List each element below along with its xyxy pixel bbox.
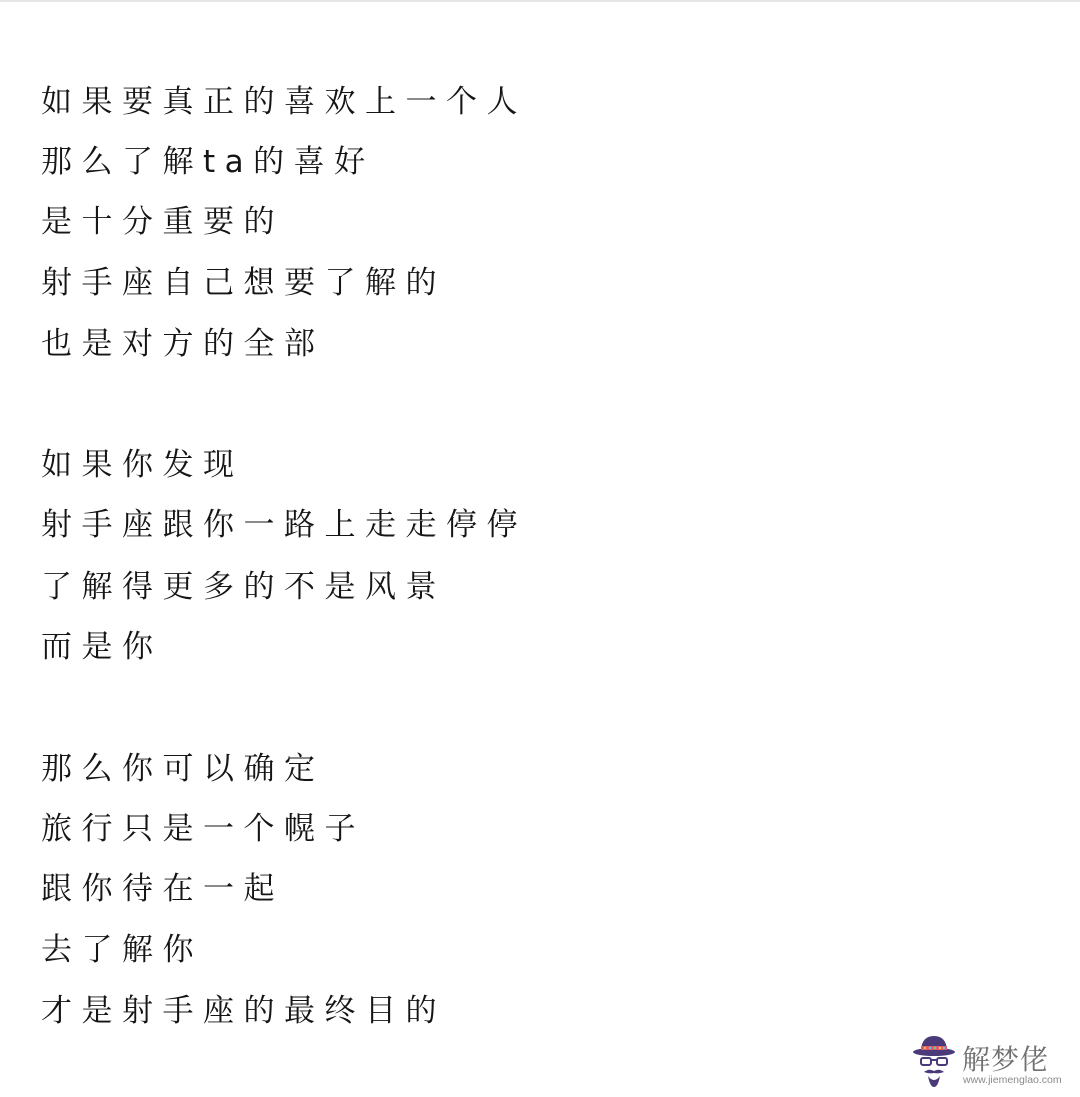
hat-glasses-beard-icon: [910, 1032, 962, 1090]
poem-line: 而是你: [41, 629, 163, 665]
poem-line: 是十分重要的: [41, 204, 284, 240]
watermark-url: www.jiemenglao.com: [963, 1074, 1062, 1086]
poem-line: 那么了解ta的喜好: [41, 144, 375, 180]
watermark: 解梦佬 www.jiemenglao.com: [910, 1032, 1075, 1090]
poem-line: 才是射手座的最终目的: [41, 993, 446, 1029]
poem-line: 如果你发现: [41, 447, 244, 483]
poem-line: 去了解你: [41, 932, 203, 968]
top-divider: [0, 0, 1080, 2]
poem-line: 射手座跟你一路上走走停停: [41, 507, 527, 543]
poem-line: 射手座自己想要了解的: [41, 265, 446, 301]
poem-line: 如果要真正的喜欢上一个人: [41, 84, 527, 120]
poem-line: 了解得更多的不是风景: [41, 569, 446, 605]
poem-line: 也是对方的全部: [41, 326, 325, 362]
poem-line: 那么你可以确定: [41, 751, 325, 787]
poem-line: 跟你待在一起: [41, 871, 284, 907]
poem-line: 旅行只是一个幌子: [41, 811, 365, 847]
watermark-name: 解梦佬: [962, 1038, 1049, 1078]
